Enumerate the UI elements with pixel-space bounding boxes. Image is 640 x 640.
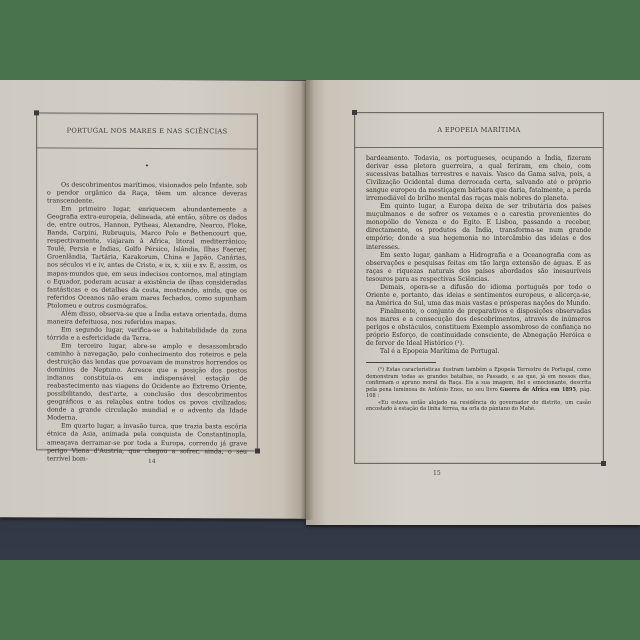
paragraph: Além disso, observa-se que a Índia estav… [47,310,247,327]
right-page-number: 15 [433,470,441,477]
footnote-quote: «Eu estava então alojado na residência d… [366,400,591,413]
left-page-number: 14 [148,458,156,465]
left-page-body: Os descobrimentos marítimos, visionados … [47,181,247,464]
right-running-head: A EPOPEIA MARÍTIMA [355,113,603,148]
paragraph: Em quinto lugar, a Europa deixa de ser t… [366,203,591,251]
paragraph: bardeamento. Todavia, os portugueses, oc… [366,155,591,203]
paragraph: Em segundo lugar, verifica-se a habitabi… [47,326,247,343]
left-running-head: PORTUGAL NOS MARES E NAS SCIÊNCIAS [37,113,257,149]
paragraph: Demais, opera-se a difusão do idioma por… [366,284,591,308]
left-page: PORTUGAL NOS MARES E NAS SCIÊNCIAS • Os … [0,80,306,519]
footnote: (¹) Estas características ilustram també… [366,367,591,413]
paragraph: Os descobrimentos marítimos, visionados … [47,181,247,206]
footnote-rule [366,362,436,363]
paragraph: Em quarto lugar, a invasão turca, que tr… [47,423,247,464]
left-page-frame: PORTUGAL NOS MARES E NAS SCIÊNCIAS • Os … [36,112,258,451]
book-photo: PORTUGAL NOS MARES E NAS SCIÊNCIAS • Os … [0,80,640,560]
paragraph: Finalmente, o conjunto de preparativos e… [366,308,591,348]
ornament-icon: • [37,161,257,170]
right-page-body: bardeamento. Todavia, os portugueses, oc… [366,155,591,413]
paragraph: Em sexto lugar, ganham a Hidrografia e a… [366,252,591,284]
book-spine [300,80,314,520]
right-page-frame: A EPOPEIA MARÍTIMA bardeamento. Todavia,… [354,112,604,464]
footnote-book-title: Guerra de Africa em 1895 [500,387,576,393]
paragraph: Em terceiro lugar, abre-se amplo e desas… [47,342,247,424]
paragraph: Tal é a Epopeia Marítima de Portugal. [366,348,591,356]
right-page: A EPOPEIA MARÍTIMA bardeamento. Todavia,… [306,80,640,525]
paragraph: Em primeiro lugar, enriquecem abundantem… [47,206,247,312]
